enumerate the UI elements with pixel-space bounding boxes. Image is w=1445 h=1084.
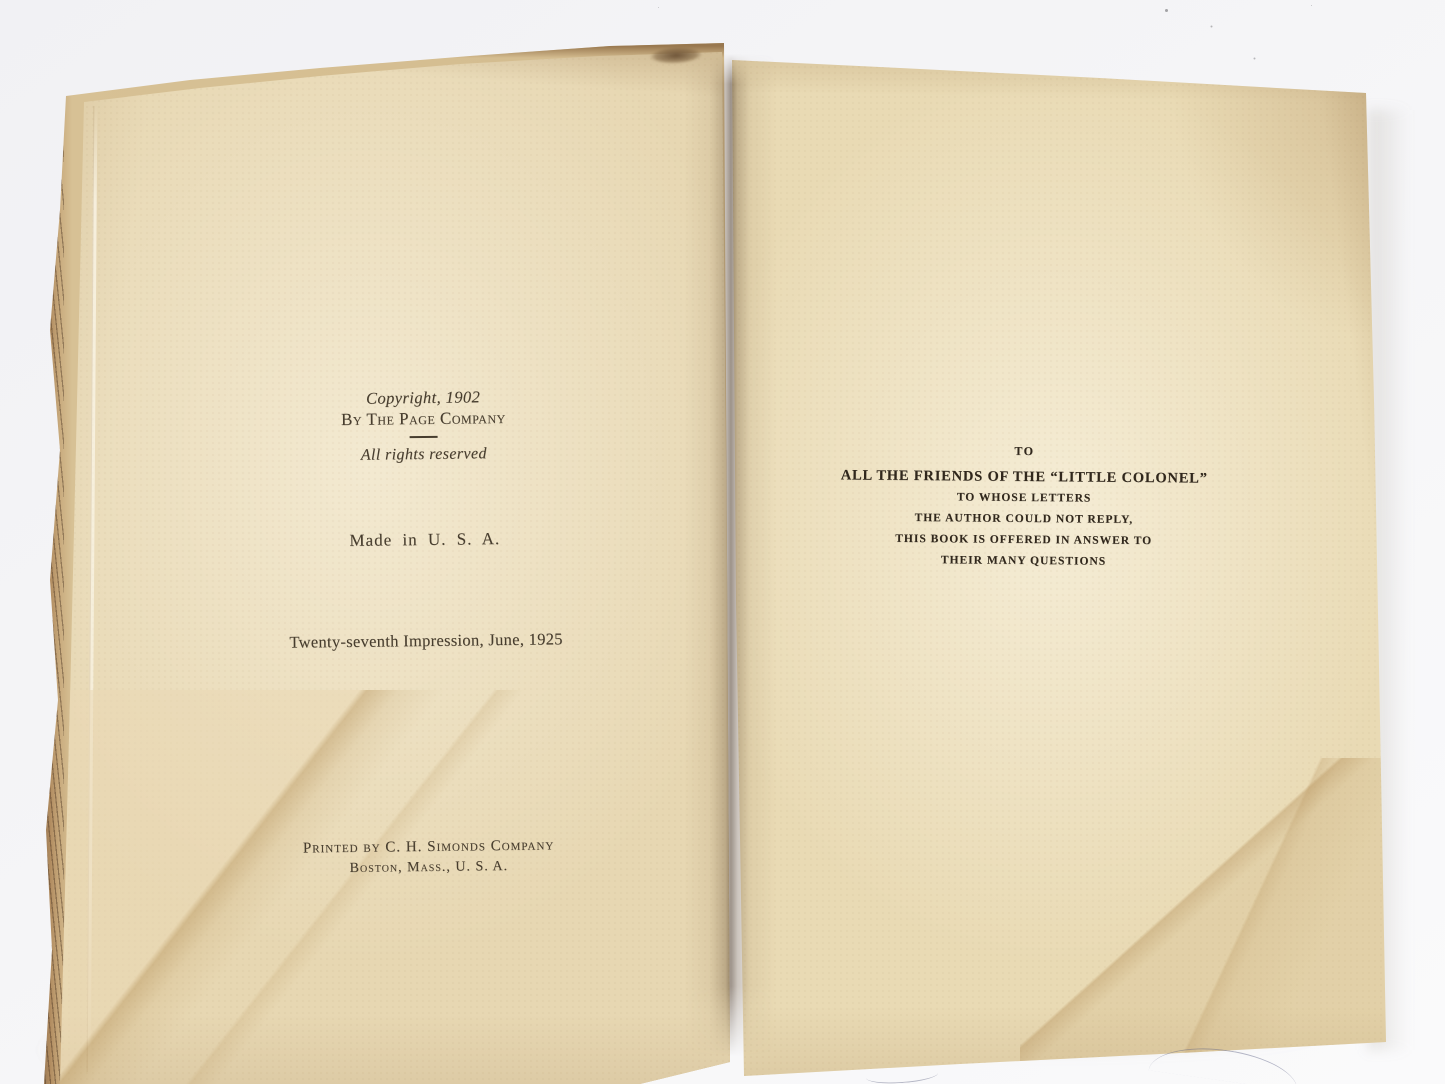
divider-rule [410,436,438,438]
gutter-top-debris [642,43,711,66]
impression-line: Twenty-seventh Impression, June, 1925 [176,627,676,655]
dust-specks [1165,9,1168,12]
rights-reserved-line: All rights reserved [174,442,674,468]
book-gutter-shadow [684,54,776,1056]
right-page-dampstain [1020,758,1388,1078]
copyright-page-text: Copyright, 1902 By The Page Company All … [173,385,679,880]
dedication-line: TO [798,442,1250,461]
dedication-line: ALL THE FRIENDS OF THE “LITTLE COLONEL” [798,464,1250,490]
dedication-text: TO ALL THE FRIENDS OF THE “LITTLE COLONE… [797,442,1250,574]
dedication-line: THEIR MANY QUESTIONS [797,549,1249,574]
photo-backdrop: Copyright, 1902 By The Page Company All … [0,0,1445,1084]
made-in-usa-line: Made in U. S. A. [175,526,675,554]
